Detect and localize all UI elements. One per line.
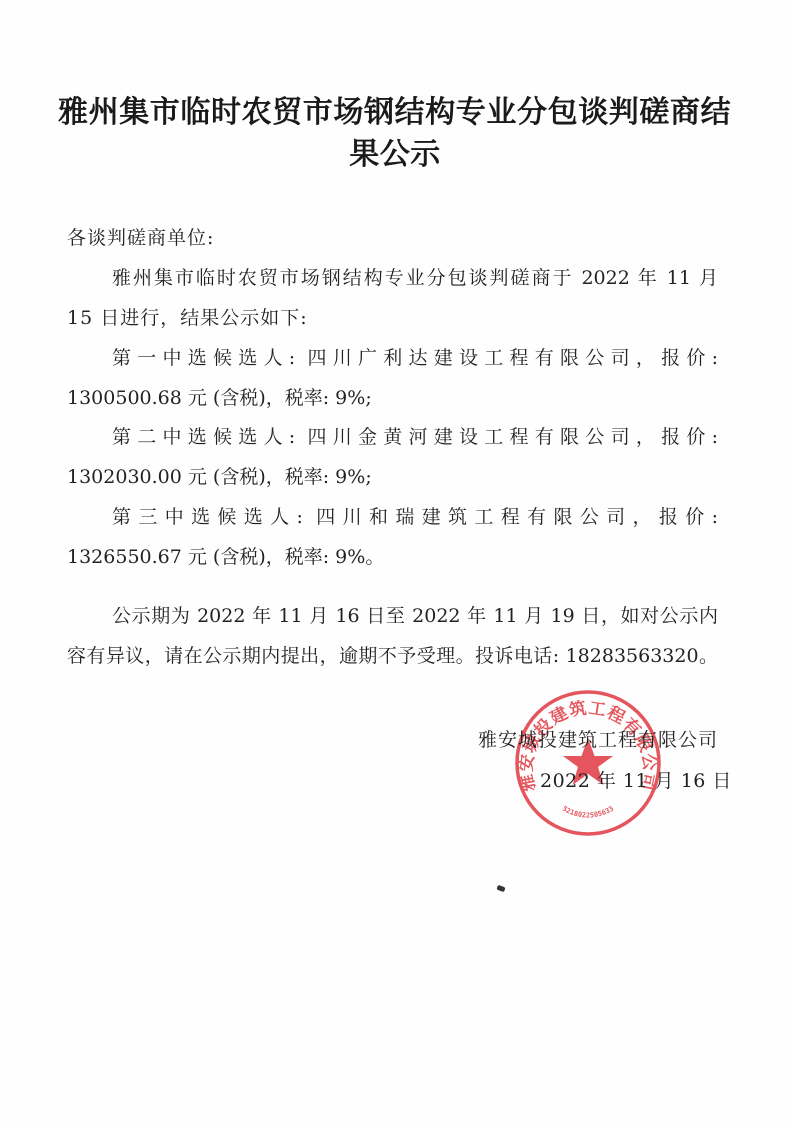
document-title-line2: 果公示: [60, 134, 730, 176]
intro-paragraph-line2: 15 日进行，结果公示如下:: [67, 306, 308, 330]
svg-text:5218022505633: 5218022505633: [561, 805, 615, 820]
notice-paragraph-line2: 容有异议，请在公示期内提出，逾期不予受理。投诉电话: 18283563320。: [67, 644, 718, 668]
company-seal-stamp: 雅安城投建筑工程有限公司 5218022505633: [513, 688, 663, 838]
scan-mark: [496, 885, 505, 892]
document-title-line1: 雅州集市临时农贸市场钢结构专业分包谈判磋商结: [58, 92, 738, 134]
candidate-2-line2: 1302030.00 元 (含税)，税率: 9%;: [67, 465, 372, 489]
salutation: 各谈判磋商单位:: [67, 226, 214, 250]
document-page: 雅州集市临时农贸市场钢结构专业分包谈判磋商结 果公示 各谈判磋商单位: 雅州集市…: [0, 0, 790, 1125]
intro-paragraph-line1: 雅州集市临时农贸市场钢结构专业分包谈判磋商于 2022 年 11 月: [112, 266, 718, 290]
candidate-1-line1: 第一中选候选人: 四川广利达建设工程有限公司，报价:: [112, 346, 718, 370]
signature-date: 2022 年 11 月 16 日: [540, 769, 718, 793]
candidate-2-line1: 第二中选候选人: 四川金黄河建设工程有限公司，报价:: [112, 425, 718, 449]
candidate-3-line2: 1326550.67 元 (含税)，税率: 9%。: [67, 545, 384, 569]
signature-company: 雅安城投建筑工程有限公司: [467, 728, 718, 752]
stamp-number: 5218022505633: [561, 805, 615, 820]
notice-paragraph-line1: 公示期为 2022 年 11 月 16 日至 2022 年 11 月 19 日，…: [112, 604, 718, 628]
candidate-3-line1: 第三中选候选人: 四川和瑞建筑工程有限公司，报价:: [112, 505, 718, 529]
candidate-1-line2: 1300500.68 元 (含税)，税率: 9%;: [67, 386, 372, 410]
